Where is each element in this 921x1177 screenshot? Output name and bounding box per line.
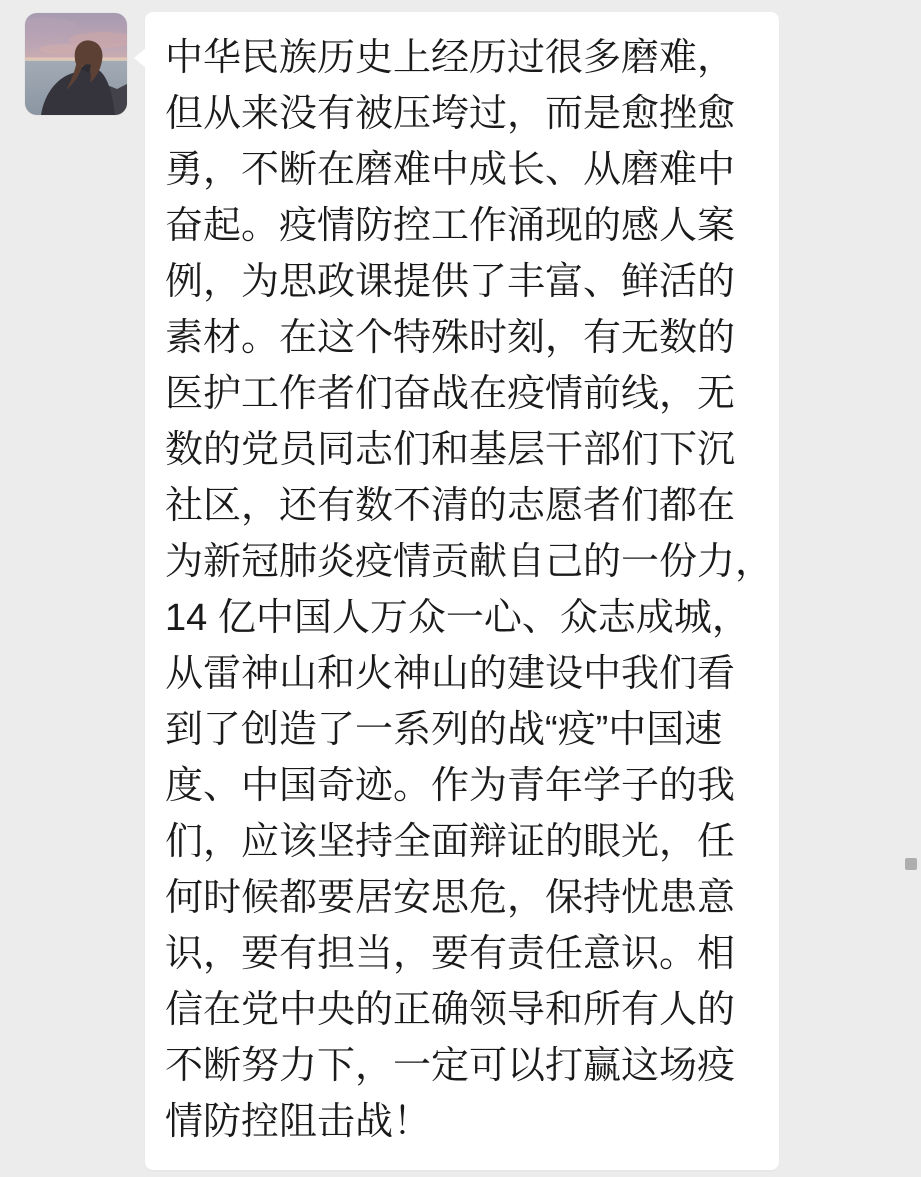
message-line: 度、中国奇迹。作为青年学子的我 xyxy=(165,758,773,814)
message-text: 中华民族历史上经历过很多磨难，但从来没有被压垮过，而是愈挫愈勇，不断在磨难中成长… xyxy=(165,30,773,1150)
message-line: 从雷神山和火神山的建设中我们看 xyxy=(165,646,773,702)
message-line: 情防控阻击战！ xyxy=(165,1094,773,1150)
message-line: 勇，不断在磨难中成长、从磨难中 xyxy=(165,142,773,198)
avatar[interactable] xyxy=(25,13,127,115)
message-line: 信在党中央的正确领导和所有人的 xyxy=(165,982,773,1038)
message-line: 奋起。疫情防控工作涌现的感人案 xyxy=(165,198,773,254)
message-line: 中华民族历史上经历过很多磨难， xyxy=(165,30,773,86)
message-line: 们，应该坚持全面辩证的眼光，任 xyxy=(165,814,773,870)
message-line: 例，为思政课提供了丰富、鲜活的 xyxy=(165,254,773,310)
chat-screen: 中华民族历史上经历过很多磨难，但从来没有被压垮过，而是愈挫愈勇，不断在磨难中成长… xyxy=(0,0,921,1177)
message-line: 素材。在这个特殊时刻，有无数的 xyxy=(165,310,773,366)
message-line: 医护工作者们奋战在疫情前线，无 xyxy=(165,366,773,422)
message-line: 14 亿中国人万众一心、众志成城， xyxy=(165,590,773,646)
message-line: 但从来没有被压垮过，而是愈挫愈 xyxy=(165,86,773,142)
message-line: 到了创造了一系列的战“疫”中国速 xyxy=(165,702,773,758)
message-line: 数的党员同志们和基层干部们下沉 xyxy=(165,422,773,478)
scrollbar-thumb[interactable] xyxy=(905,858,917,870)
bubble-tail-icon xyxy=(134,48,146,68)
message-bubble[interactable]: 中华民族历史上经历过很多磨难，但从来没有被压垮过，而是愈挫愈勇，不断在磨难中成长… xyxy=(145,12,779,1170)
message-line: 为新冠肺炎疫情贡献自己的一份力， xyxy=(165,534,773,590)
message-line: 识，要有担当，要有责任意识。相 xyxy=(165,926,773,982)
avatar-photo-icon xyxy=(25,13,127,115)
message-line: 何时候都要居安思危，保持忧患意 xyxy=(165,870,773,926)
message-line: 社区，还有数不清的志愿者们都在 xyxy=(165,478,773,534)
message-line: 不断努力下，一定可以打赢这场疫 xyxy=(165,1038,773,1094)
